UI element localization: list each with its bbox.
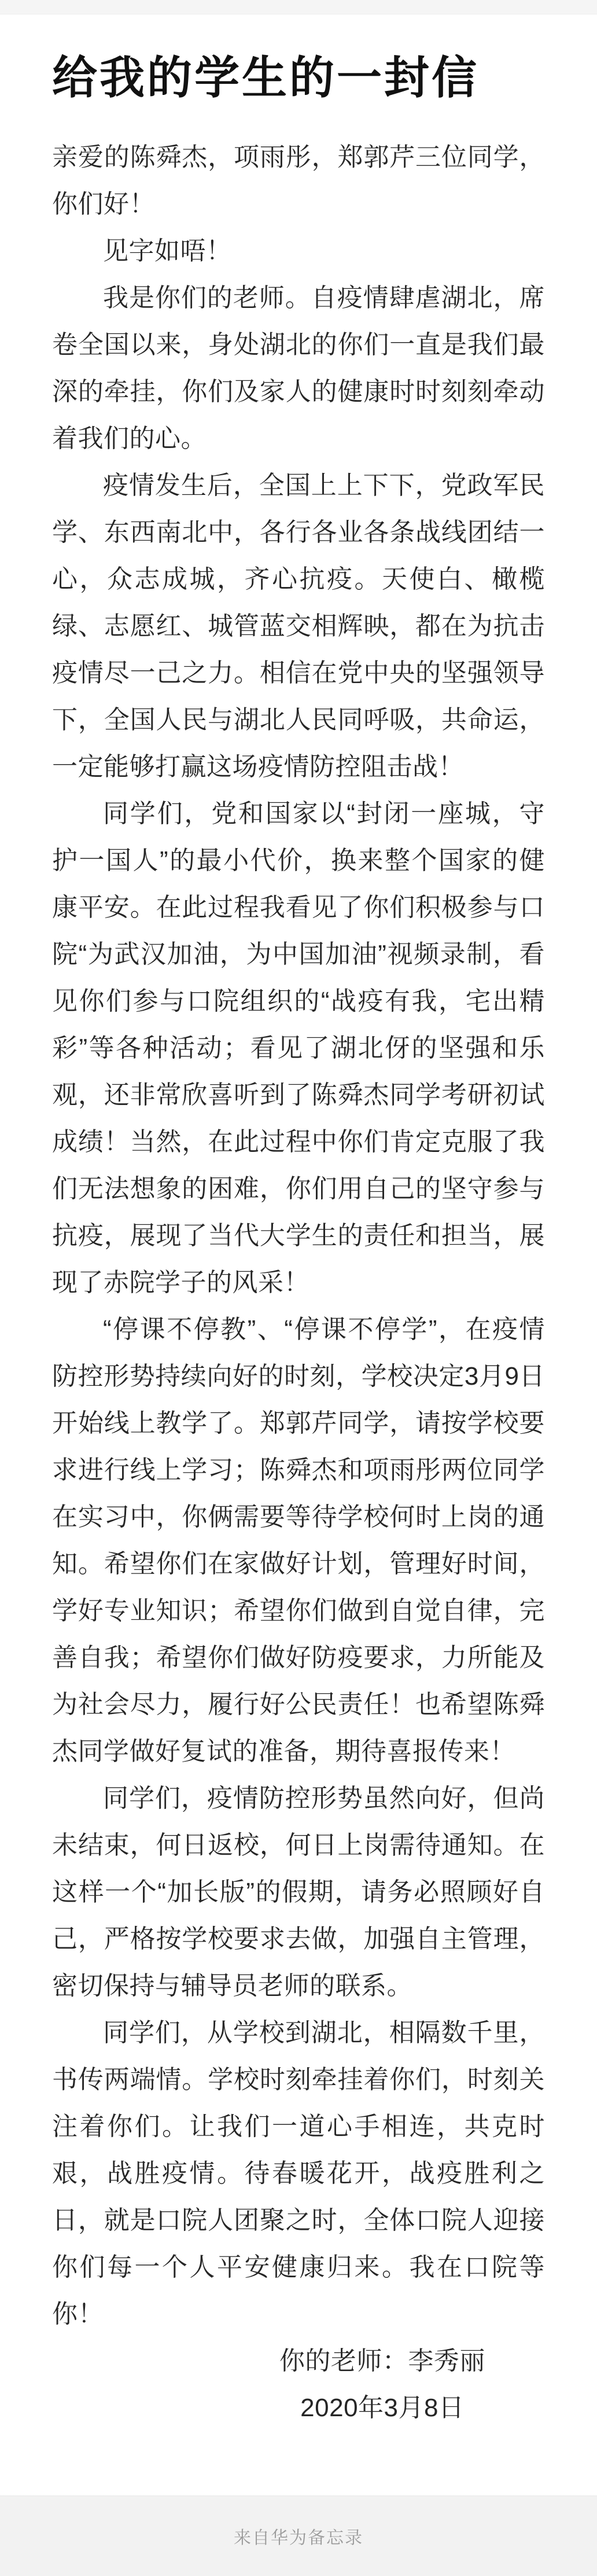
letter-paragraph-nation-effort: 疫情发生后，全国上上下下，党政军民学、东西南北中，各行各业各条战线团结一心，众志…: [52, 462, 545, 790]
letter-title: 给我的学生的一封信: [52, 52, 545, 104]
signature-name-line: 你的老师：李秀丽: [259, 2338, 506, 2384]
letter-paragraph-greeting: 见字如唔！: [52, 227, 545, 274]
letter-paragraph-closing: 同学们，从学校到湖北，相隔数千里，书传两端情。学校时刻牵挂着你们，时刻关注着你们…: [52, 2009, 545, 2338]
letter-paragraph-students-deeds: 同学们，党和国家以“封闭一座城，守护一国人”的最小代价，换来整个国家的健康平安。…: [52, 790, 545, 1306]
letter-document: 给我的学生的一封信 亲爱的陈舜杰，项雨彤，郑郭芹三位同学，你们好！ 见字如唔！ …: [0, 52, 597, 2431]
footer-source-label: 来自华为备忘录: [234, 2523, 363, 2549]
letter-paragraph-online-class: “停课不停教”、“停课不停学”，在疫情防控形势持续向好的时刻，学校决定3月9日开…: [52, 1306, 545, 1775]
letter-paragraph-holiday-advice: 同学们，疫情防控形势虽然向好，但尚未结束，何日返校，何日上岗需待通知。在这样一个…: [52, 1775, 545, 2009]
footer-bar: 来自华为备忘录: [0, 2496, 597, 2576]
screenshot-top-edge: [0, 0, 597, 14]
salutation-line: 亲爱的陈舜杰，项雨彤，郑郭芹三位同学，你们好！: [52, 134, 545, 227]
signature-block: 你的老师：李秀丽 2020年3月8日: [259, 2338, 506, 2431]
signature-date-line: 2020年3月8日: [259, 2384, 506, 2431]
letter-paragraph-intro: 我是你们的老师。自疫情肆虐湖北，席卷全国以来，身处湖北的你们一直是我们最深的牵挂…: [52, 274, 545, 462]
